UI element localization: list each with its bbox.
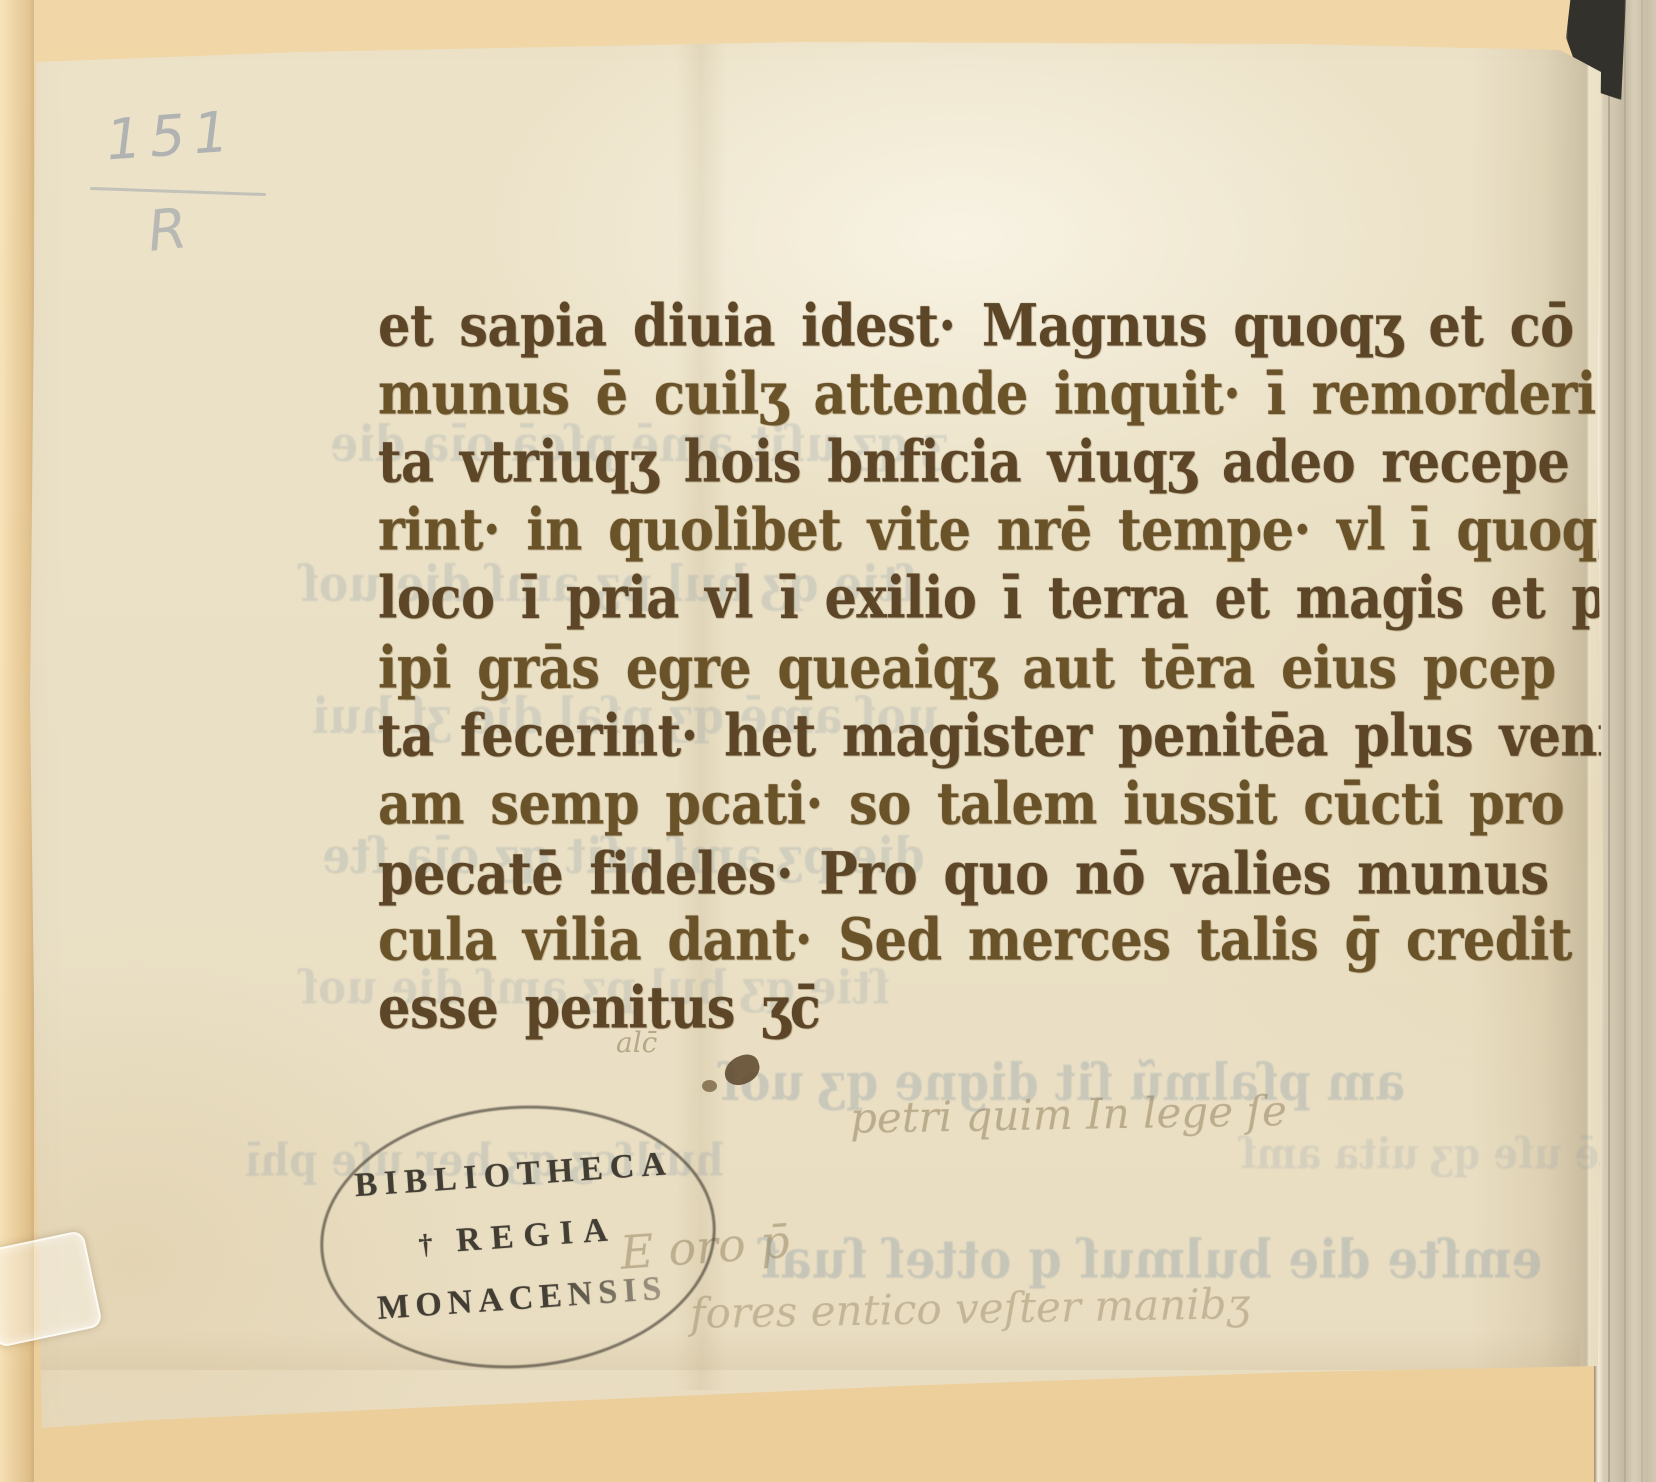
manuscript-text-line: esse penitus ʒc̄ [378, 974, 820, 1042]
manuscript-text-line: pecatē fideles· Pro quo nō valies munus [378, 840, 1549, 908]
ink-stain [702, 1080, 717, 1092]
cursive-note-mid: petri quim In lege ſe [850, 1086, 1288, 1143]
book-fore-edge [1594, 0, 1656, 1482]
manuscript-text-line: munus ē cuilʒ attende inquit· ī remorder… [378, 360, 1656, 428]
manuscript-leaf: 151 R ʒ qʒ uſit amē pſcā oīa die ſtie qʒ… [0, 0, 1656, 1482]
fore-edge-crease [1641, 0, 1643, 1482]
bleedthrough-line: atē uſe qʒ uita amſ [1240, 1128, 1641, 1178]
pencil-shelfmark-number: 151 [104, 100, 239, 174]
manuscript-text-line: rint· in quolibet vite nrē tempe· vl ī q… [378, 496, 1625, 564]
library-stamp: BIBLIOTHECA †REGIA MONACENSIS [311, 1093, 724, 1382]
manuscript-text-line: ipi grās egre queaiqʒ aut tēra eius pcep [378, 634, 1556, 702]
manuscript-text-line: ta vtriuqʒ hois bnficia viuqʒ adeo recep… [378, 428, 1569, 496]
manuscript-scan: { "document": { "kind": "medieval manusc… [0, 0, 1656, 1482]
manuscript-text-line: et sapia diuia idest· Magnus quoqʒ et cō [378, 292, 1574, 360]
manuscript-text-line: ta fecerint· het magister penitēa plus v… [378, 702, 1616, 770]
cursive-note-bottom: fores entico veſter manibʒ [690, 1279, 1251, 1338]
fore-edge-crease [1624, 0, 1626, 1482]
manuscript-text-line: loco ī pria vl ī exilio ī terra et magis… [378, 564, 1656, 632]
bottom-crease [40, 1330, 1580, 1370]
fore-edge-crease [1608, 0, 1610, 1482]
manuscript-text-line: cula vilia dant· Sed merces talis ḡ cred… [378, 906, 1572, 974]
cursive-note-small: alc̄ [616, 1026, 657, 1059]
manuscript-text-line: am semp pcati· so talem iussit cūcti pro [378, 770, 1564, 838]
pencil-shelfmark-letter: R [145, 196, 191, 265]
dagger-mark: † [418, 1228, 444, 1261]
